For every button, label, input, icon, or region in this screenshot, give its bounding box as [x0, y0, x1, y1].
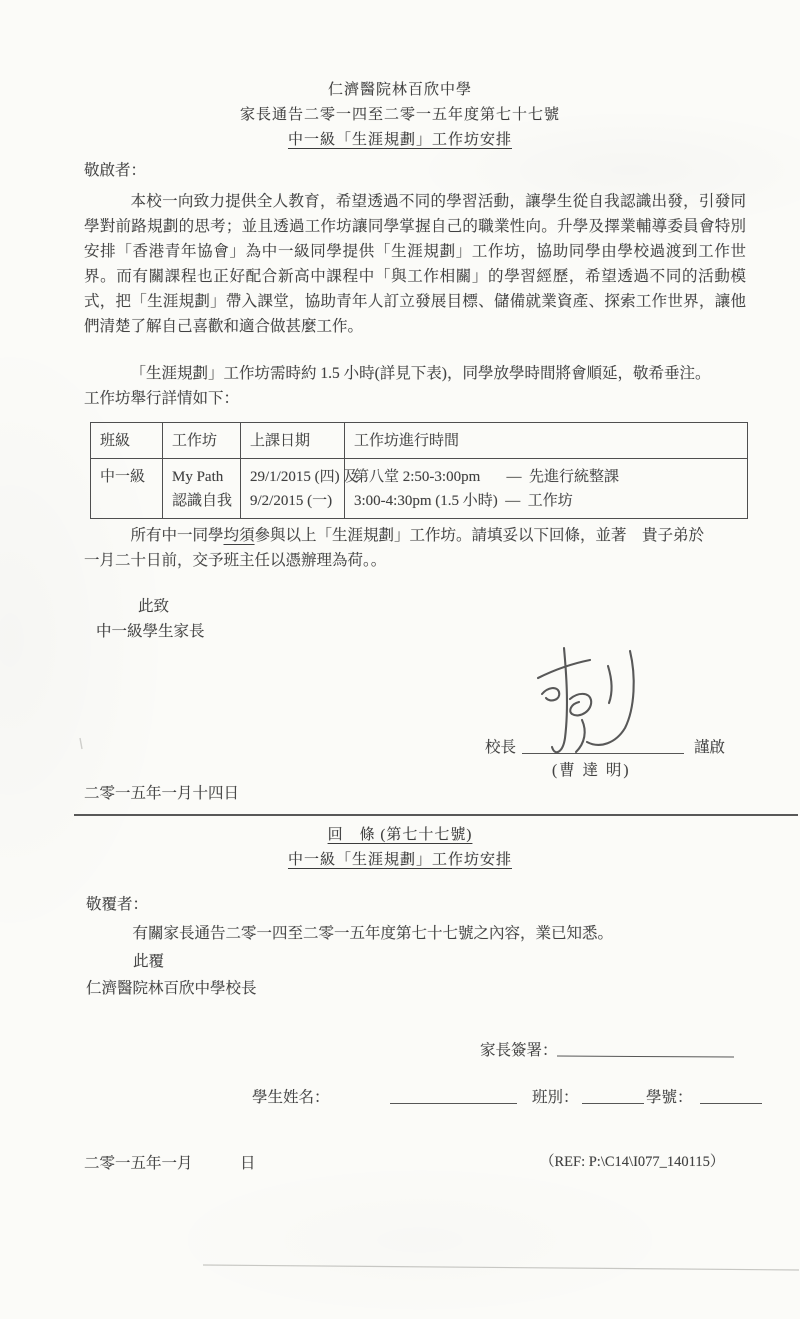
col-date: 上課日期: [241, 423, 345, 459]
reply-to: 仁濟醫院林百欣中學校長: [86, 976, 257, 1001]
class-label: 班別：: [532, 1085, 579, 1110]
cell-workshop: My Path認識自我: [163, 459, 241, 519]
principal-name: (曹 達 明): [552, 758, 631, 783]
student-no-line: [700, 1103, 762, 1104]
paragraph-duration-line2: 工作坊舉行詳情如下：: [84, 390, 239, 407]
student-name-line: [390, 1103, 517, 1104]
tear-off-divider: [74, 814, 798, 816]
notice-number: 家長通告二零一四至二零一五年度第七十七號: [0, 103, 800, 124]
principal-label: 校長: [485, 735, 516, 760]
student-name-label: 學生姓名：: [252, 1085, 330, 1110]
parent-signature-label: 家長簽署：: [480, 1038, 558, 1063]
table-row: 中一級 My Path認識自我 29/1/2015 (四) 及9/2/2015 …: [91, 459, 748, 519]
cell-time: 第八堂 2:50-3:00pm — 先進行統整課3:00-4:30pm (1.5…: [345, 459, 748, 519]
cifu: 此覆: [133, 949, 164, 974]
reply-salutation: 敬覆者：: [86, 892, 148, 917]
reply-body: 有關家長通告二零一四至二零一五年度第七十七號之內容，業已知悉。: [86, 921, 748, 946]
school-name: 仁濟醫院林百欣中學: [0, 78, 800, 99]
paragraph-instruction: 所有中一同學均須參與以上「生涯規劃」工作坊。請填妥以下回條，並著 貴子弟於 一月…: [84, 523, 746, 573]
col-workshop: 工作坊: [163, 423, 241, 459]
recipient: 中一級學生家長: [96, 619, 205, 644]
salutation: 敬啟者：: [84, 158, 146, 183]
scanned-notice-page: 仁濟醫院林百欣中學 家長通告二零一四至二零一五年度第七十七號 中一級「生涯規劃」…: [0, 0, 800, 1319]
parent-signature-line: [557, 1056, 734, 1058]
paragraph-instruction-line2: 一月二十日前，交予班主任以憑辦理為荷。。: [84, 552, 386, 569]
notice-date: 二零一五年一月十四日: [84, 781, 239, 806]
principal-signature-scribble: [512, 642, 670, 764]
cizhi: 此致: [138, 594, 169, 619]
ref-number: （REF: P:\C14\I077_140115）: [540, 1150, 724, 1175]
col-class: 班級: [91, 423, 163, 459]
reply-date: 二零一五年一月: [84, 1151, 193, 1176]
col-time: 工作坊進行時間: [345, 423, 748, 459]
cell-date: 29/1/2015 (四) 及9/2/2015 (一): [241, 459, 345, 519]
paragraph-duration: 「生涯規劃」工作坊需時約 1.5 小時(詳見下表)，同學放學時間將會順延，敬希垂…: [84, 361, 746, 411]
workshop-table: 班級 工作坊 上課日期 工作坊進行時間 中一級 My Path認識自我 29/1…: [90, 422, 748, 519]
reply-slip-title: 回 條 (第七十七號): [328, 827, 473, 843]
principal-signature-line: [522, 753, 684, 754]
notice-subject: 中一級「生涯規劃」工作坊安排: [288, 132, 512, 148]
paragraph-intro: 本校一向致力提供全人教育，希望透過不同的學習活動，讓學生從自我認識出發，引發同學…: [84, 189, 746, 339]
class-line: [582, 1103, 644, 1104]
reply-slip-subtitle: 中一級「生涯規劃」工作坊安排: [288, 852, 512, 868]
table-header-row: 班級 工作坊 上課日期 工作坊進行時間: [91, 423, 748, 459]
signoff: 謹啟: [694, 735, 725, 760]
cell-class: 中一級: [91, 459, 163, 519]
student-no-label: 學號：: [646, 1085, 693, 1110]
must-attend-underline: 均須: [224, 527, 255, 544]
reply-date-day: 日: [240, 1151, 256, 1176]
paragraph-duration-line1: 「生涯規劃」工作坊需時約 1.5 小時(詳見下表)，同學放學時間將會順延，敬希垂…: [131, 365, 711, 382]
